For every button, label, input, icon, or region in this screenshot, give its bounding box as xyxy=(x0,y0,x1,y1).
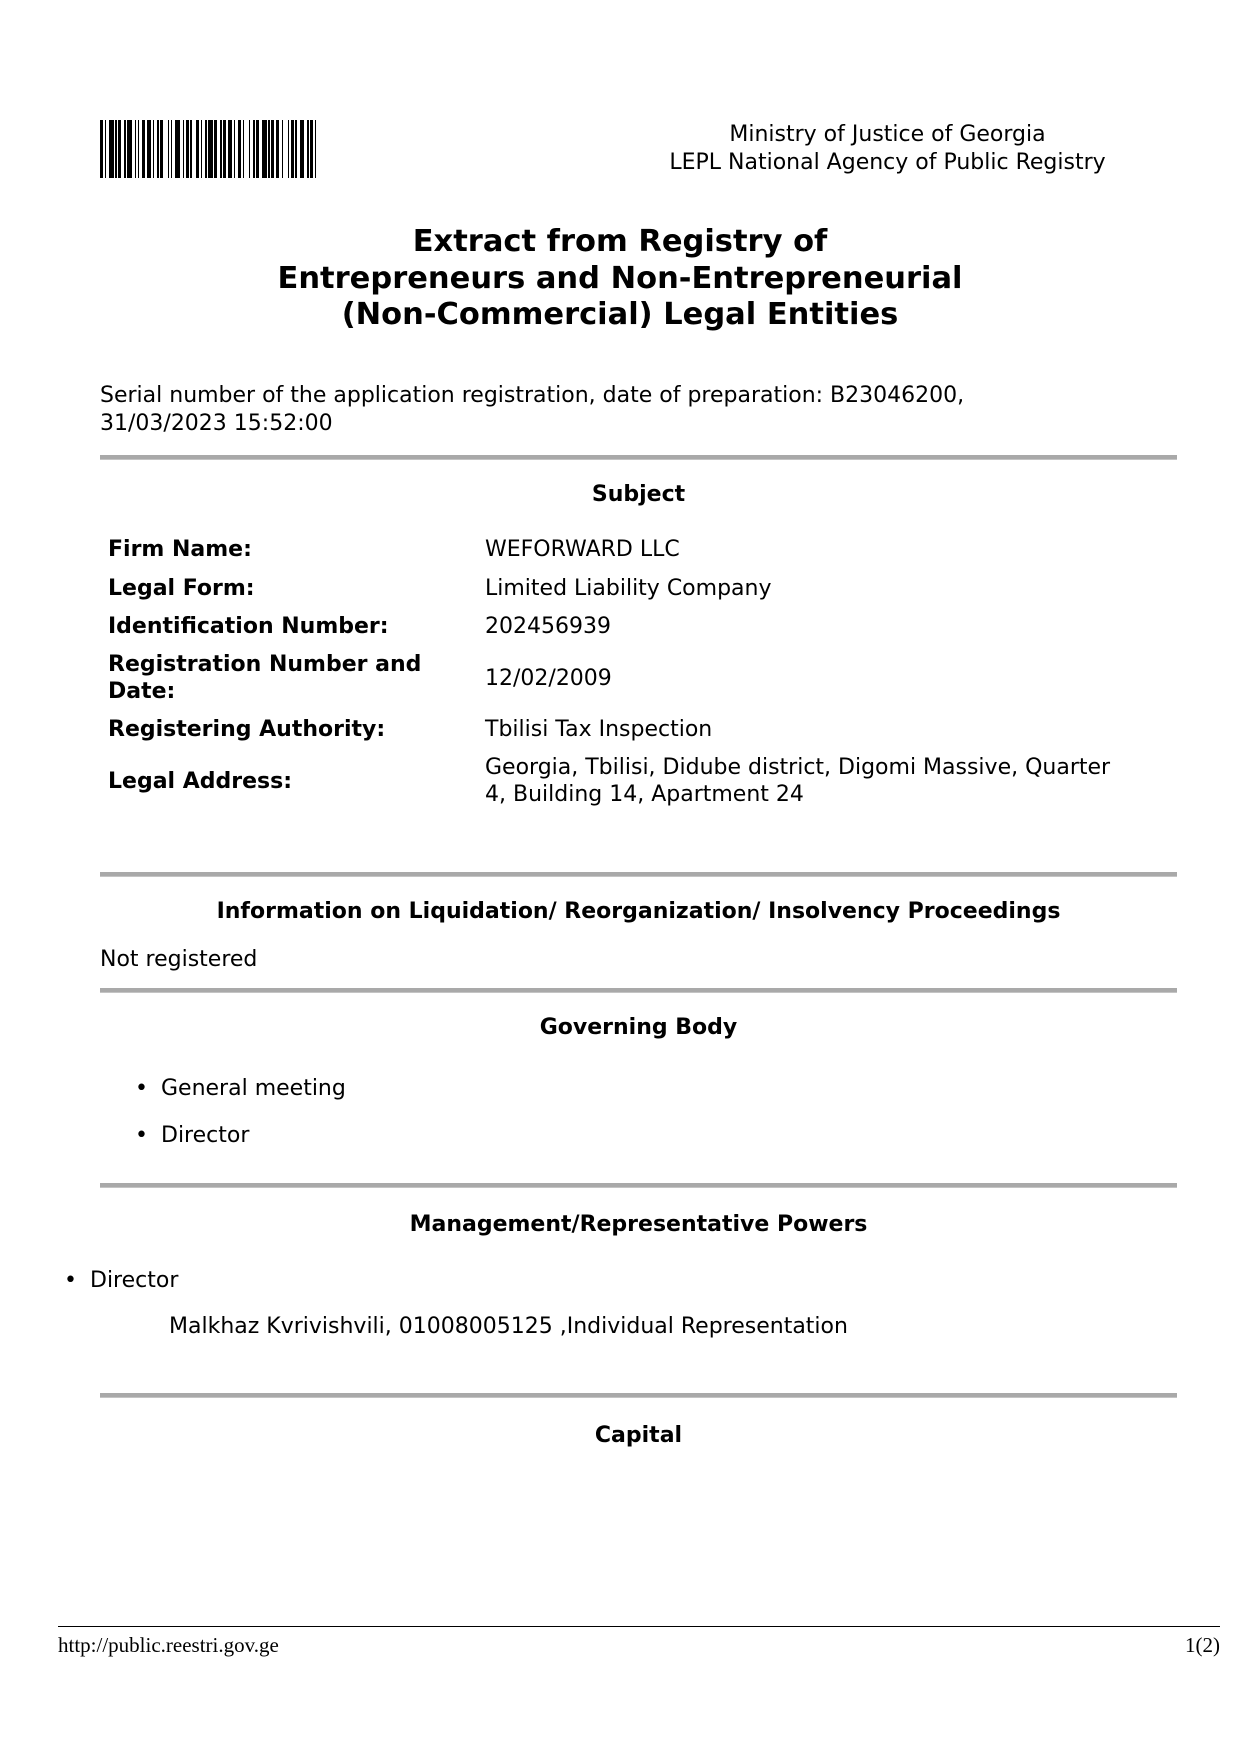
subject-row-registration-date: Registration Number and Date: 12/02/2009 xyxy=(108,651,1178,705)
divider xyxy=(100,988,1177,993)
divider xyxy=(100,1393,1177,1398)
capital-heading: Capital xyxy=(100,1422,1177,1450)
serial-line-1: Serial number of the application registr… xyxy=(100,382,1160,410)
subject-row-registering-authority: Registering Authority: Tbilisi Tax Inspe… xyxy=(108,716,1178,743)
field-label: Firm Name: xyxy=(108,536,485,563)
field-value: 202456939 xyxy=(485,613,1178,640)
list-item: • Director xyxy=(135,1122,249,1150)
field-label: Identification Number: xyxy=(108,613,485,640)
divider xyxy=(100,455,1177,460)
subject-heading: Subject xyxy=(100,481,1177,509)
field-label: Legal Form: xyxy=(108,575,485,602)
page-number: 1(2) xyxy=(1185,1632,1220,1658)
divider xyxy=(100,1183,1177,1188)
management-heading: Management/Representative Powers xyxy=(100,1211,1177,1239)
field-value: Limited Liability Company xyxy=(485,575,1178,602)
management-role: Director xyxy=(90,1267,178,1295)
serial-info: Serial number of the application registr… xyxy=(100,382,1160,438)
agency-name: LEPL National Agency of Public Registry xyxy=(640,149,1135,177)
field-value: 12/02/2009 xyxy=(485,665,1178,692)
divider xyxy=(100,872,1177,877)
field-label: Registration Number and Date: xyxy=(108,651,485,705)
liquidation-status: Not registered xyxy=(100,946,257,974)
list-item: • Director xyxy=(64,1267,178,1295)
field-value: Tbilisi Tax Inspection xyxy=(485,716,1178,743)
subject-row-identification-number: Identification Number: 202456939 xyxy=(108,613,1178,640)
bullet-icon: • xyxy=(135,1075,161,1103)
governing-body-heading: Governing Body xyxy=(100,1014,1177,1042)
bullet-icon: • xyxy=(135,1122,161,1150)
footer-url[interactable]: http://public.reestri.gov.ge xyxy=(58,1632,279,1658)
document-title: Extract from Registry of Entrepreneurs a… xyxy=(0,224,1240,334)
subject-row-legal-address: Legal Address: Georgia, Tbilisi, Didube … xyxy=(108,754,1178,808)
field-value: WEFORWARD LLC xyxy=(485,536,1178,563)
footer-divider xyxy=(58,1626,1220,1627)
serial-line-2: 31/03/2023 15:52:00 xyxy=(100,410,1160,438)
field-value: Georgia, Tbilisi, Didube district, Digom… xyxy=(485,754,1178,808)
subject-row-legal-form: Legal Form: Limited Liability Company xyxy=(108,575,1178,602)
ministry-name: Ministry of Justice of Georgia xyxy=(640,121,1135,149)
field-label: Legal Address: xyxy=(108,768,485,795)
title-line-1: Extract from Registry of xyxy=(0,224,1240,261)
issuer-header: Ministry of Justice of Georgia LEPL Nati… xyxy=(640,121,1135,177)
barcode-icon xyxy=(100,120,456,178)
subject-row-firm-name: Firm Name: WEFORWARD LLC xyxy=(108,536,1178,563)
field-label: Registering Authority: xyxy=(108,716,485,743)
bullet-icon: • xyxy=(64,1267,90,1295)
title-line-3: (Non-Commercial) Legal Entities xyxy=(0,297,1240,334)
title-line-2: Entrepreneurs and Non-Entrepreneurial xyxy=(0,261,1240,298)
list-item: • General meeting xyxy=(135,1075,346,1103)
liquidation-heading: Information on Liquidation/ Reorganizati… xyxy=(100,898,1177,926)
management-detail: Malkhaz Kvrivishvili, 01008005125 ,Indiv… xyxy=(169,1313,848,1341)
